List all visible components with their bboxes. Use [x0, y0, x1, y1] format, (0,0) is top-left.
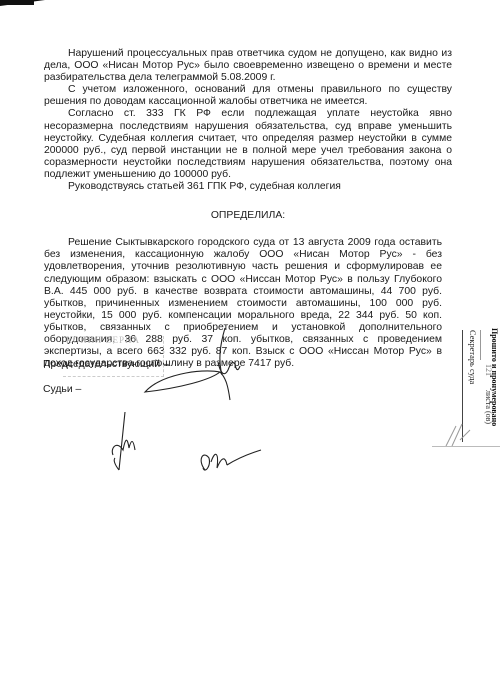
stamp-bound-numbered: Прошито и пронумеровано [490, 328, 499, 426]
faded-stamp: КОПИЯ ВЕРНА [66, 335, 140, 345]
paragraph-grounds: С учетом изложенного, оснований для отме… [44, 84, 452, 108]
binding-certification-stamp: Секретарь суда 121 листа (ов) Прошито и … [462, 328, 498, 478]
signature-presiding-icon [140, 320, 260, 400]
scan-corner-artifact-fill [0, 0, 34, 5]
judges-label: Судьи – [43, 384, 81, 395]
ruling-heading: ОПРЕДЕЛИЛА: [44, 210, 452, 222]
paragraph-penalty: Согласно ст. 333 ГК РФ если подлежащая у… [44, 108, 452, 181]
stamp-baseline [432, 446, 500, 447]
stamp-secretary: Секретарь суда [468, 330, 477, 384]
signature-judge-1-icon [105, 410, 155, 480]
signature-judge-2-icon [195, 440, 265, 490]
paragraph-guided-by: Руководствуясь статьей 361 ГПК РФ, судеб… [44, 181, 452, 193]
paragraph-procedural: Нарушений процессуальных прав ответчика … [44, 48, 452, 84]
stamp-divider [480, 330, 481, 360]
